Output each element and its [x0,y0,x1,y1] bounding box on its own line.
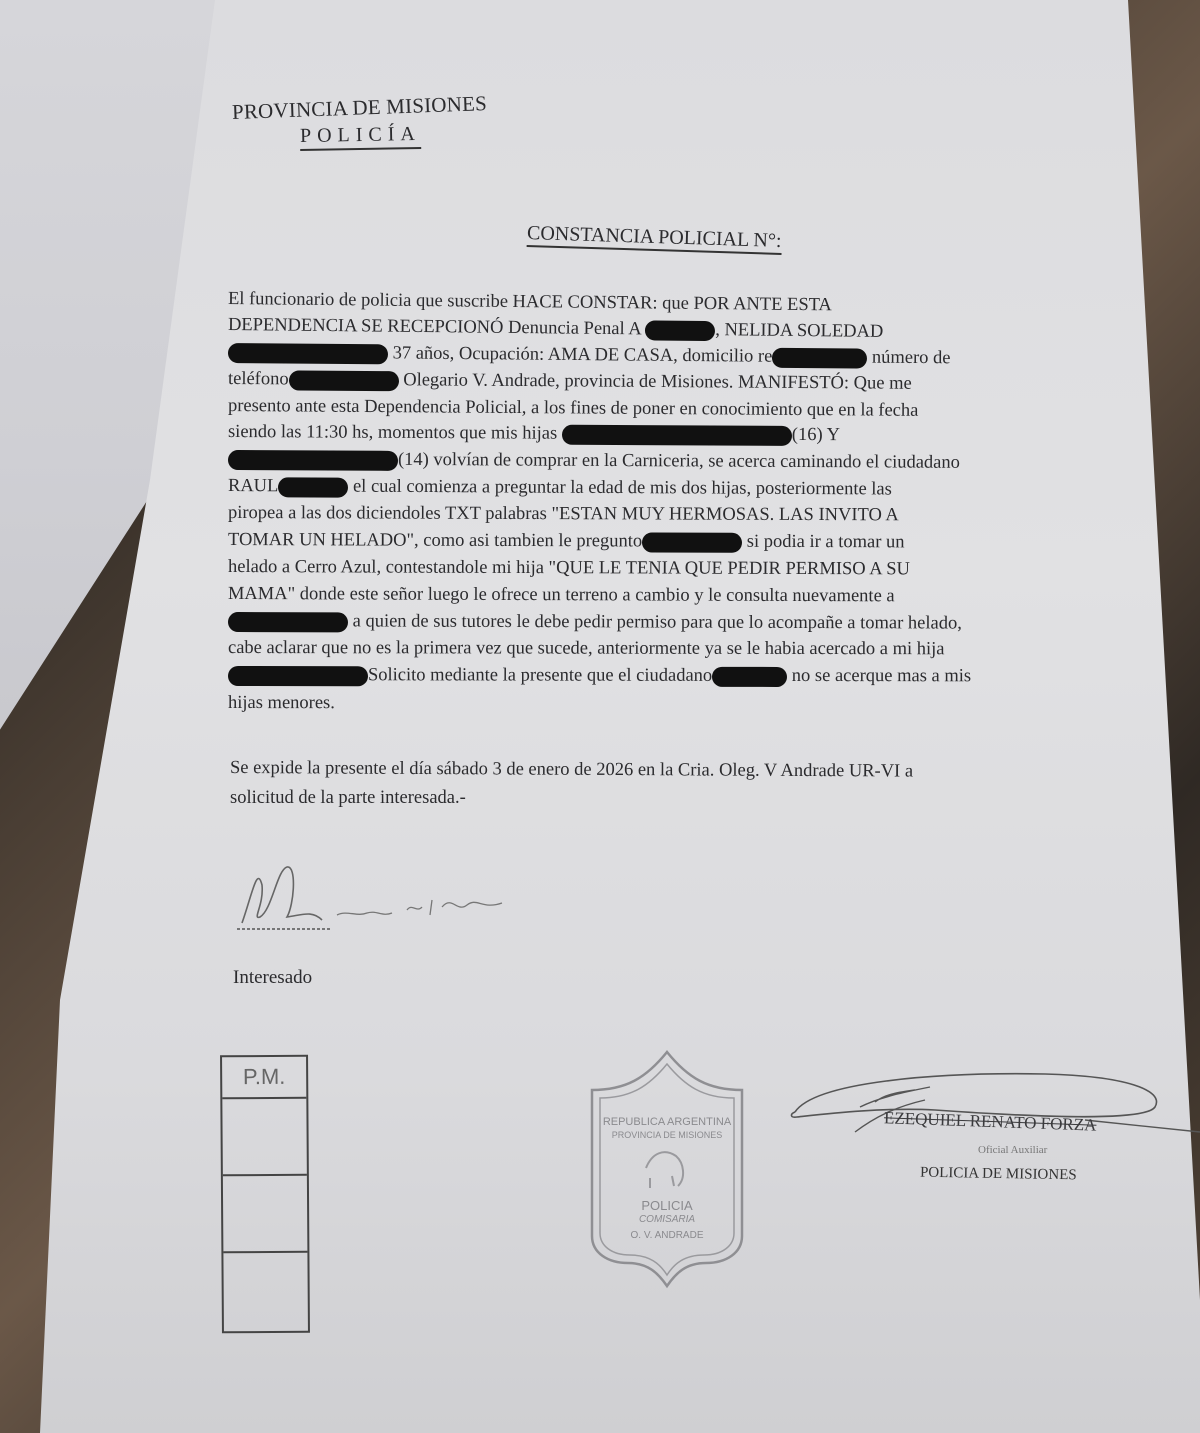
body-line: siendo las 11:30 hs, momentos que mis hi… [228,422,840,446]
pm-box: P.M. [220,1055,310,1334]
redaction-mark [562,424,792,445]
body-text: hijas menores. [228,693,335,713]
body-text: presento ante esta Dependencia Policial,… [228,396,919,421]
body-line: 37 años, Ocupación: AMA DE CASA, domicil… [228,342,951,369]
body-text: (14) volvían de comprar en la Carniceria… [398,450,960,473]
body-line: piropea a las dos diciendoles TXT palabr… [228,503,899,526]
body-text: número de [867,348,950,369]
body-line: a quien de sus tutores le debe pedir per… [228,611,962,635]
body-text: El funcionario de policia que suscribe H… [228,289,832,315]
body-text: piropea a las dos diciendoles TXT palabr… [228,503,899,525]
body-text: TOMAR UN HELADO", como asi tambien le pr… [228,530,642,551]
body-text: si podia ir a tomar un [742,532,904,553]
official-rank: Oficial Auxiliar [978,1144,1047,1156]
shield-icon [586,1048,748,1290]
closing-line-2: solicitud de la parte interesada.- [230,788,466,809]
pm-cell [223,1176,308,1254]
body-text: a quien de sus tutores le debe pedir per… [348,611,962,633]
body-text: el cual comienza a preguntar la edad de … [348,477,892,500]
official-org: POLICIA DE MISIONES [920,1165,1077,1185]
body-text: Solicito mediante la presente que el ciu… [368,665,712,686]
redaction-mark [772,348,867,369]
body-text: DEPENDENCIA SE RECEPCIONÓ Denuncia Penal… [228,315,645,339]
pm-cell [223,1253,308,1329]
body-text: siendo las 11:30 hs, momentos que mis hi… [228,422,562,444]
redaction-mark [278,477,348,497]
interested-label: Interesado [233,967,312,989]
redaction-mark [228,450,398,471]
body-line: TOMAR UN HELADO", como asi tambien le pr… [228,530,905,553]
body-text: MAMA" donde este señor luego le ofrece u… [228,584,895,606]
stamp-bottom: O. V. ANDRADE [586,1230,748,1241]
body-text: cabe aclarar que no es la primera vez qu… [228,638,945,659]
document-content: PROVINCIA DE MISIONES POLICÍA CONSTANCIA… [0,0,1200,1433]
body-line: presento ante esta Dependencia Policial,… [228,396,919,422]
redaction-mark [645,320,715,341]
body-line: (14) volvían de comprar en la Carniceria… [228,449,960,474]
stamp-arc-line-1: REPUBLICA ARGENTINA [586,1116,748,1128]
body-text: helado a Cerro Azul, contestandole mi hi… [228,557,910,579]
body-line: hijas menores. [228,693,335,714]
body-line: DEPENDENCIA SE RECEPCIONÓ Denuncia Penal… [228,315,883,343]
body-line: Solicito mediante la presente que el ciu… [228,665,971,687]
redaction-mark [289,370,399,391]
pm-label: P.M. [222,1057,306,1100]
body-text: Olegario V. Andrade, provincia de Mision… [399,370,912,394]
body-line: MAMA" donde este señor luego le ofrece u… [228,584,895,607]
stamp-arc-line-2: PROVINCIA DE MISIONES [586,1130,748,1140]
redaction-mark [228,612,348,632]
stamp-sub: COMISARIA [586,1214,748,1225]
body-text: (16) Y [792,425,840,445]
closing-line-1: Se expide la presente el día sábado 3 de… [230,758,913,783]
body-text: 37 años, Ocupación: AMA DE CASA, domicil… [388,343,773,366]
pm-cell [222,1099,307,1177]
interested-signature [232,855,522,935]
header-department: POLICÍA [300,123,421,151]
body-text: no se acerque mas a mis [787,666,971,686]
header-province: PROVINCIA DE MISIONES [232,91,488,125]
stamp-center: POLICIA [586,1198,748,1213]
body-line: helado a Cerro Azul, contestandole mi hi… [228,557,910,580]
body-text: teléfono [228,369,289,389]
redaction-mark [228,666,368,686]
body-line: teléfono Olegario V. Andrade, provincia … [228,369,912,395]
document-title: CONSTANCIA POLICIAL N°: [527,222,782,255]
body-line: El funcionario de policia que suscribe H… [228,289,832,316]
redaction-mark [228,343,388,364]
body-text: RAUL [228,476,278,496]
body-line: RAUL el cual comienza a preguntar la eda… [228,476,892,500]
body-text: , NELIDA SOLEDAD [715,320,883,342]
police-stamp: REPUBLICA ARGENTINA PROVINCIA DE MISIONE… [586,1048,748,1290]
redaction-mark [712,667,787,687]
redaction-mark [642,532,742,552]
body-line: cabe aclarar que no es la primera vez qu… [228,638,945,660]
